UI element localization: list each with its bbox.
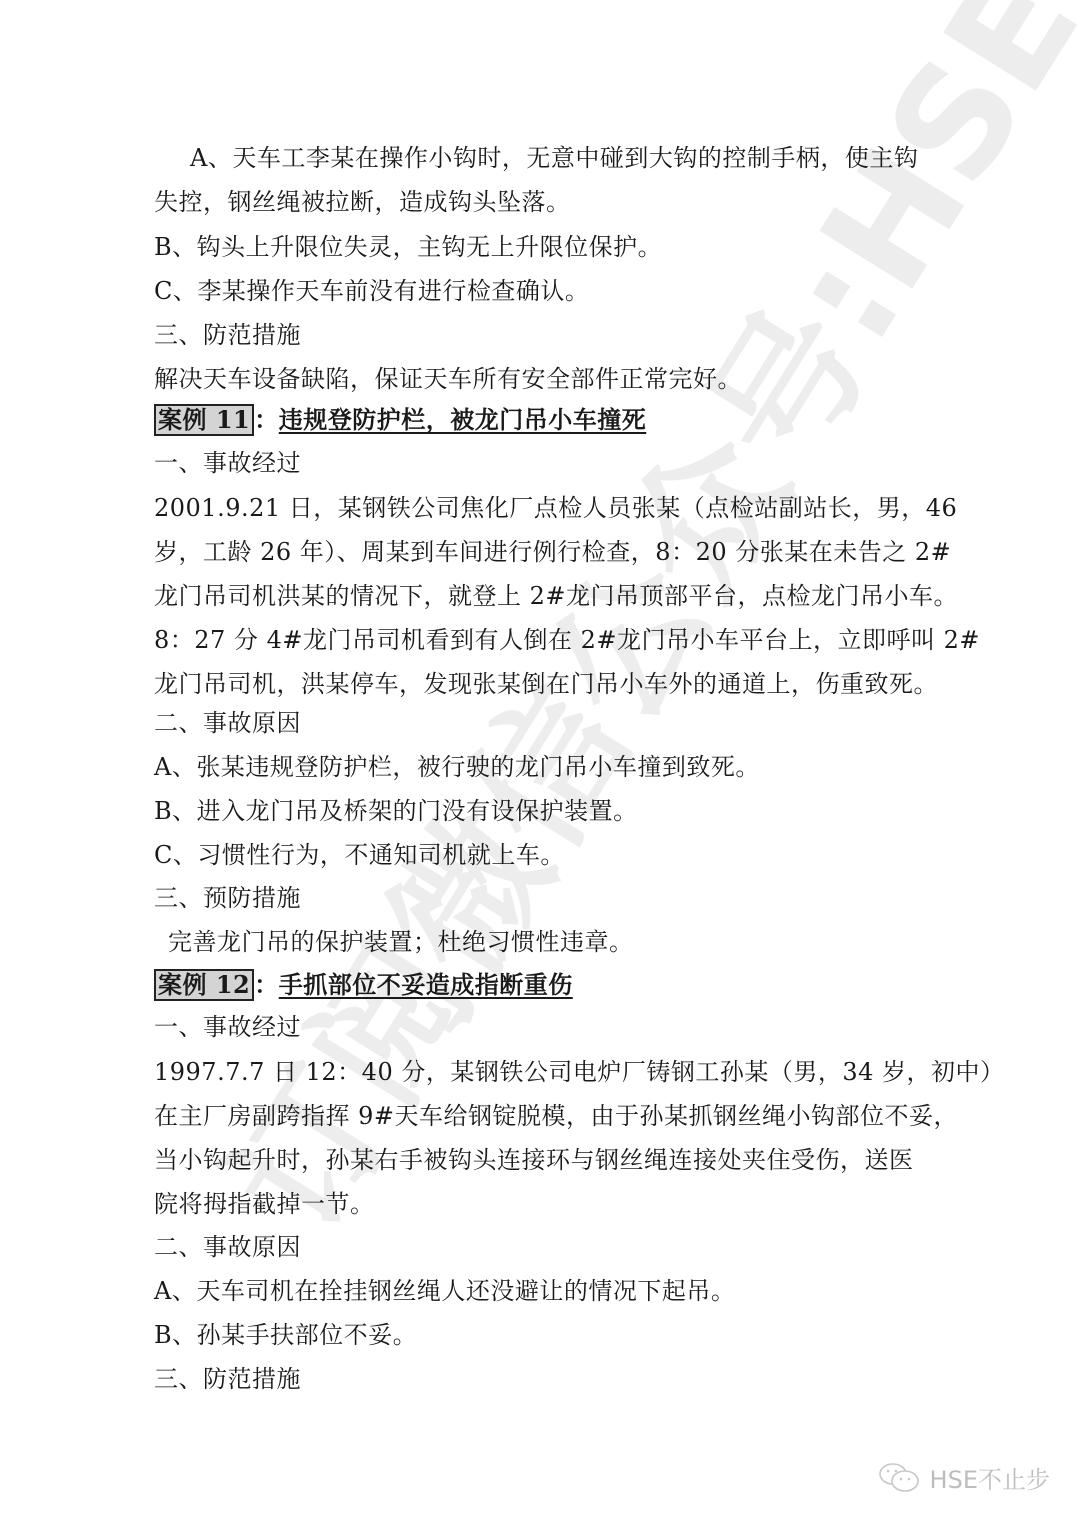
paragraph-line: 在主厂房副跨指挥 9#天车给钢锭脱模，由于孙某抓钢丝绳小钩部位不妥， bbox=[154, 1101, 958, 1131]
section-heading: 二、事故原因 bbox=[154, 1232, 301, 1262]
brand-name: HSE不止步 bbox=[930, 1460, 1050, 1495]
paragraph-line: 2001.9.21 日，某钢铁公司焦化厂点检人员张某（点检站副站长，男，46 bbox=[154, 493, 957, 523]
case-colon: ： bbox=[254, 970, 279, 999]
paragraph-line: A、张某违规登防护栏，被行驶的龙门吊小车撞到致死。 bbox=[154, 752, 760, 782]
paragraph-line: 龙门吊司机洪某的情况下，就登上 2#龙门吊顶部平台，点检龙门吊小车。 bbox=[154, 581, 958, 611]
paragraph-line: 完善龙门吊的保护装置；杜绝习惯性违章。 bbox=[168, 927, 634, 957]
paragraph-line: B、钩头上升限位失灵，主钩无上升限位保护。 bbox=[154, 232, 662, 262]
paragraph-line: 8：27 分 4#龙门吊司机看到有人倒在 2#龙门吊小车平台上，立即呼叫 2# bbox=[154, 625, 980, 655]
paragraph-line: A、天车司机在拴挂钢丝绳人还没避让的情况下起吊。 bbox=[154, 1276, 735, 1306]
case-11-heading: 案例 11：违规登防护栏，被龙门吊小车撞死 bbox=[154, 404, 646, 436]
case-title: 违规登防护栏，被龙门吊小车撞死 bbox=[279, 405, 647, 434]
paragraph-line: B、进入龙门吊及桥架的门没有设保护装置。 bbox=[154, 796, 638, 826]
paragraph-line: 龙门吊司机，洪某停车，发现张某倒在门吊小车外的通道上，伤重致死。 bbox=[154, 669, 938, 699]
paragraph-line: 院将拇指截掉一节。 bbox=[154, 1189, 375, 1219]
section-heading: 三、防范措施 bbox=[154, 320, 301, 350]
paragraph-line: A、天车工李某在操作小钩时，无意中碰到大钩的控制手柄，使主钩 bbox=[190, 143, 918, 173]
paragraph-line: C、习惯性行为，不通知司机就上车。 bbox=[154, 840, 565, 870]
paragraph-line: 岁，工龄 26 年）、周某到车间进行例行检查，8：20 分张某在未告之 2# bbox=[154, 537, 951, 567]
paragraph-line: 1997.7.7 日 12：40 分，某钢铁公司电炉厂铸钢工孙某（男，34 岁，… bbox=[154, 1057, 1005, 1087]
section-heading: 三、预防措施 bbox=[154, 883, 301, 913]
section-heading: 三、防范措施 bbox=[154, 1364, 301, 1394]
paragraph-line: C、李某操作天车前没有进行检查确认。 bbox=[154, 276, 589, 306]
case-12-heading: 案例 12：手抓部位不妥造成指断重伤 bbox=[154, 969, 573, 1001]
wechat-icon bbox=[878, 1461, 922, 1495]
section-heading: 二、事故原因 bbox=[154, 708, 301, 738]
case-title: 手抓部位不妥造成指断重伤 bbox=[279, 970, 573, 999]
section-heading: 一、事故经过 bbox=[154, 1012, 301, 1042]
paragraph-line: 当小钩起升时，孙某右手被钩头连接环与钢丝绳连接处夹住受伤，送医 bbox=[154, 1145, 914, 1175]
section-heading: 一、事故经过 bbox=[154, 448, 301, 478]
paragraph-line: 解决天车设备缺陷，保证天车所有安全部件正常完好。 bbox=[154, 364, 742, 394]
case-label: 案例 12 bbox=[154, 969, 254, 1001]
brand-watermark: HSE不止步 bbox=[878, 1460, 1050, 1495]
paragraph-line: B、孙某手扶部位不妥。 bbox=[154, 1320, 417, 1350]
case-label: 案例 11 bbox=[154, 404, 254, 436]
paragraph-line: 失控，钢丝绳被拉断，造成钩头坠落。 bbox=[154, 187, 571, 217]
case-colon: ： bbox=[254, 405, 279, 434]
document-page: 订阅微信公众号:HSE不止步 A、天车工李某在操作小钩时，无意中碰到大钩的控制手… bbox=[0, 0, 1080, 1527]
